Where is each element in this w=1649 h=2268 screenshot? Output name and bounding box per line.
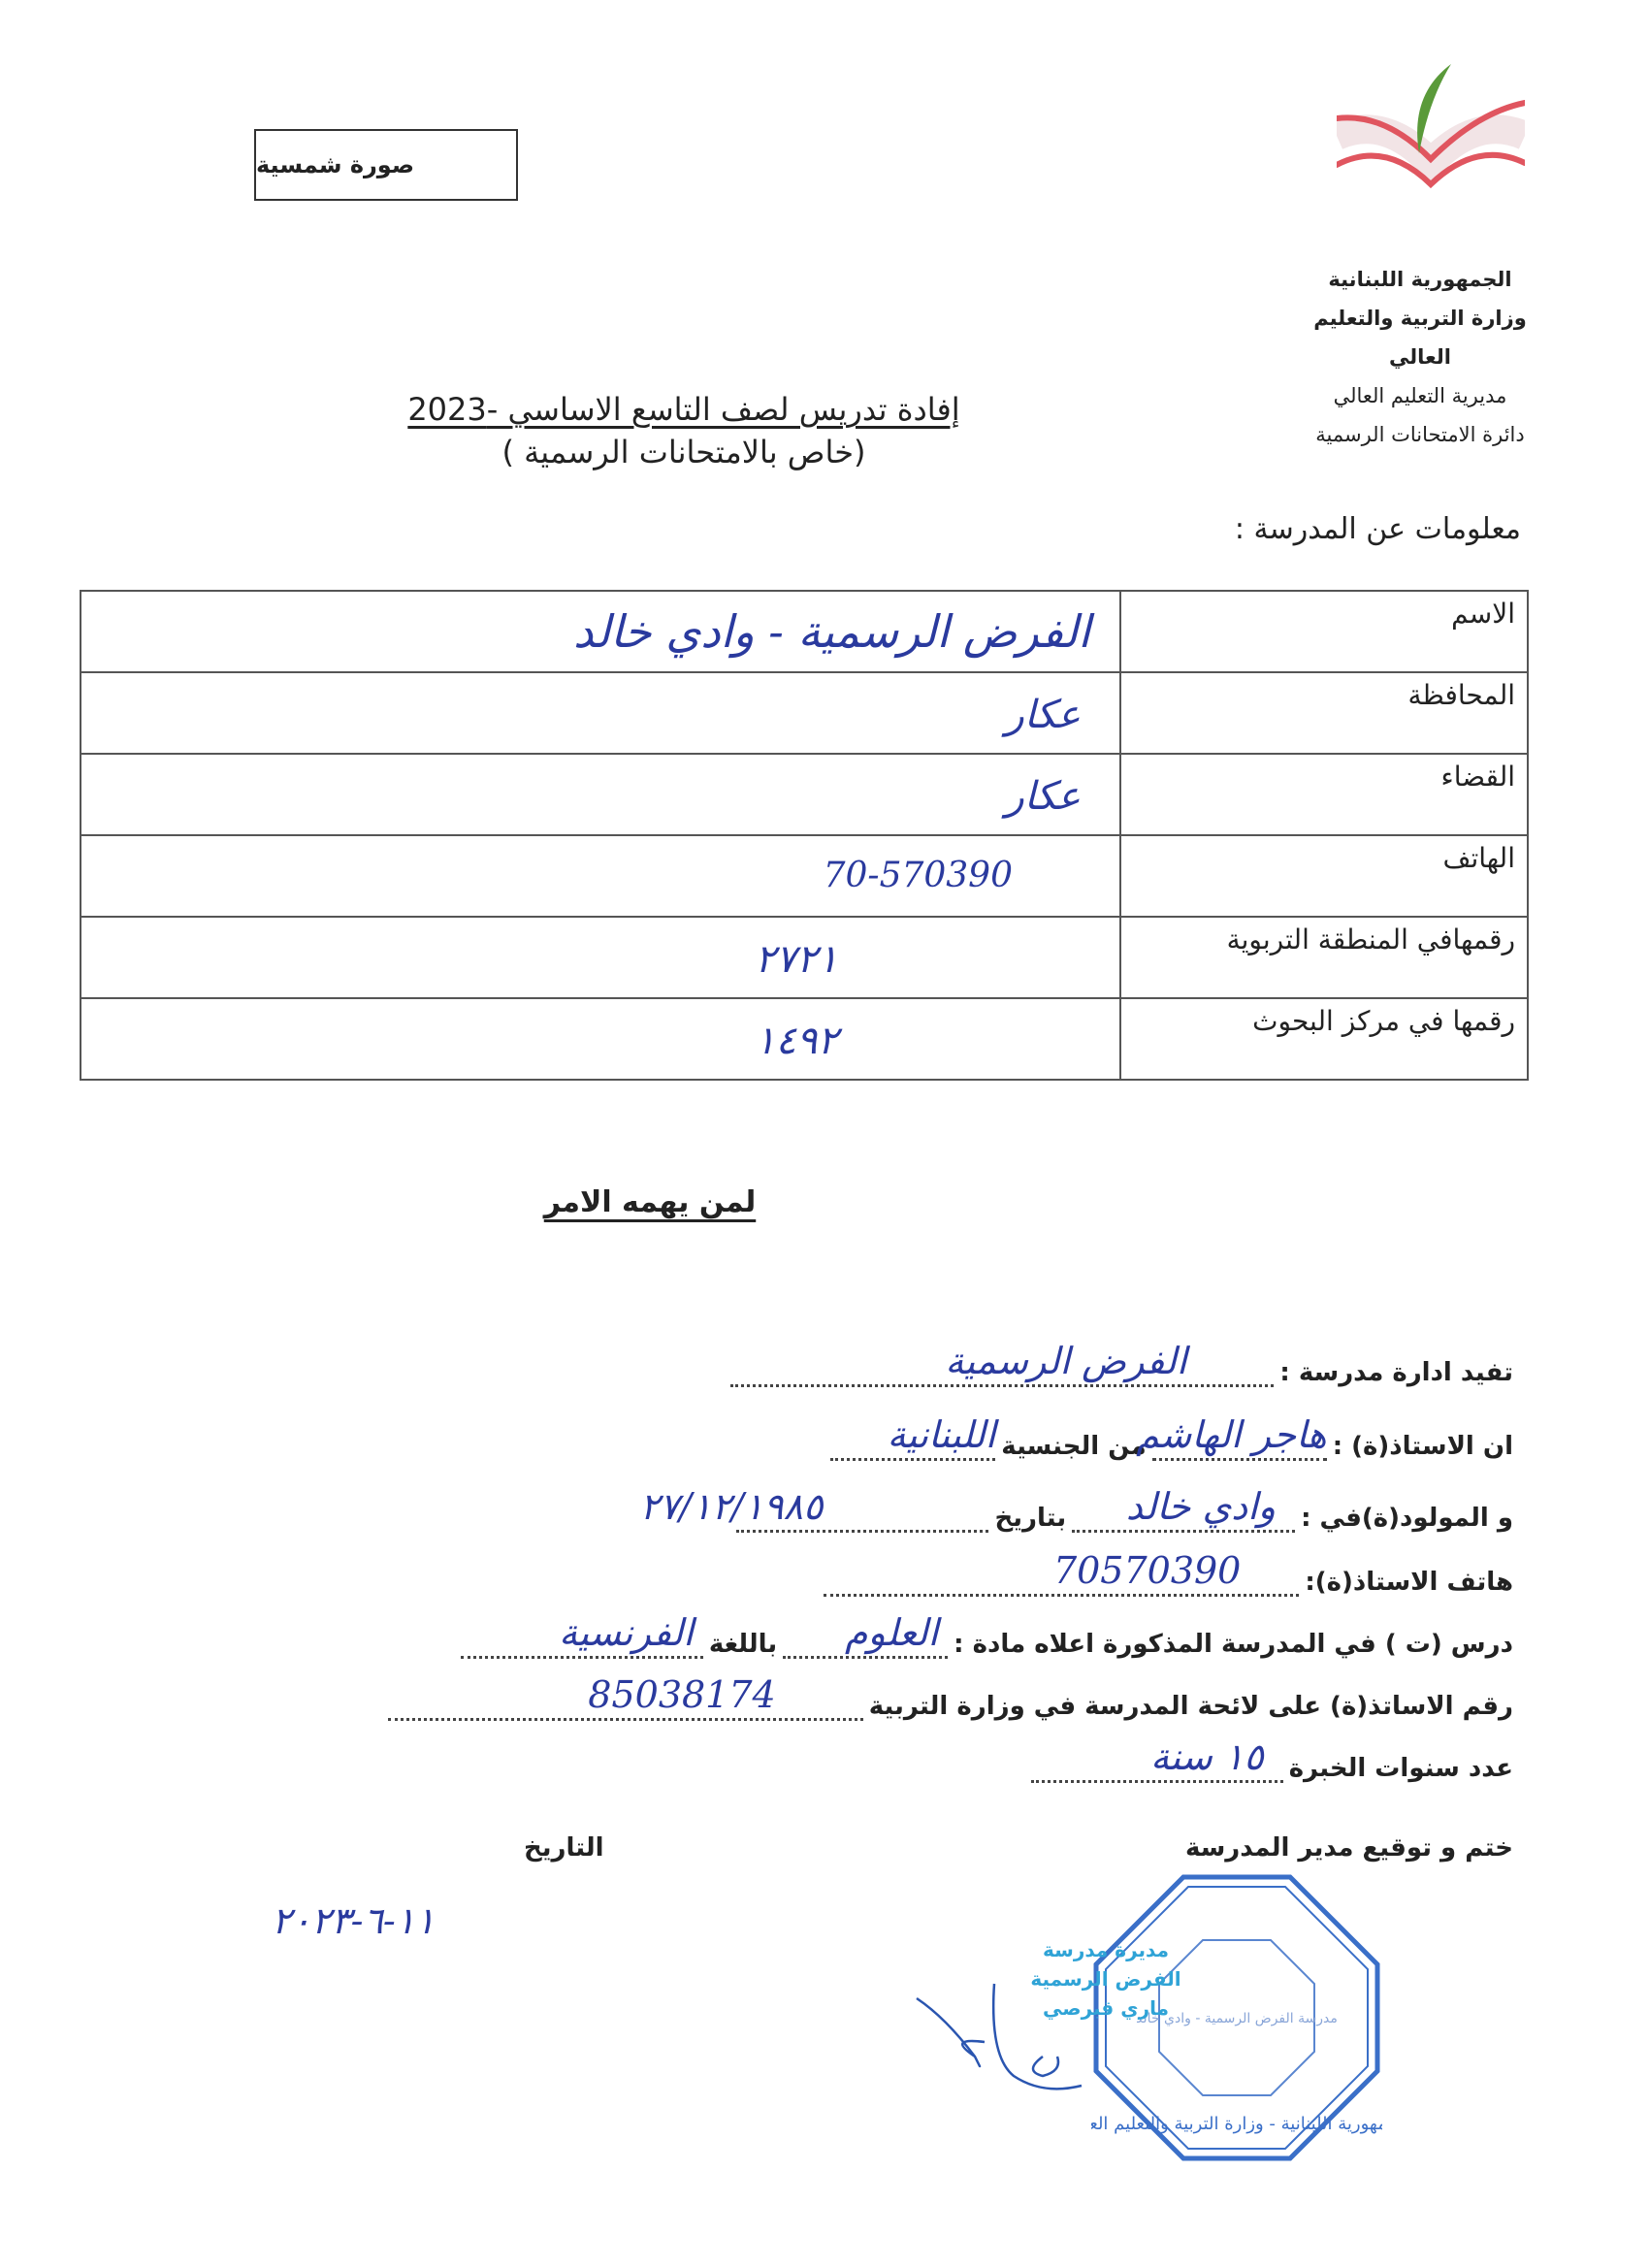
- language-value: الفرنسية: [559, 1611, 694, 1654]
- line-ministry-number: رقم الاساتذ(ة) على لائحة المدرسة في وزار…: [388, 1692, 1513, 1721]
- table-row: الهاتف 70-570390: [81, 835, 1528, 917]
- title-subtitle: (خاص بالامتحانات الرسمية ): [369, 431, 999, 473]
- ministry-header: الجمهورية اللبنانية وزارة التربية والتعل…: [1284, 260, 1556, 454]
- line-teacher-phone: هاتف الاستاذ(ة): 70570390: [824, 1568, 1513, 1597]
- school-info-label: معلومات عن المدرسة :: [1235, 512, 1521, 546]
- language-field: الفرنسية: [461, 1633, 703, 1659]
- row-label: المحافظة: [1120, 672, 1528, 754]
- born-in-value: وادي خالد: [1126, 1485, 1276, 1528]
- nationality-field: اللبنانية: [830, 1435, 995, 1461]
- teacher-phone-field: 70570390: [824, 1571, 1299, 1597]
- signature-label: ختم و توقيع مدير المدرسة: [1185, 1833, 1513, 1863]
- table-row: رقمهافي المنطقة التربوية ٢٧٢١: [81, 917, 1528, 998]
- experience-value: ١٥ سنة: [1150, 1735, 1264, 1778]
- row-label: القضاء: [1120, 754, 1528, 835]
- school-admin-label: تفيد ادارة مدرسة :: [1279, 1358, 1513, 1387]
- table-row: الاسم الفرض الرسمية - وادي خالد: [81, 591, 1528, 672]
- teacher-phone-label: هاتف الاستاذ(ة):: [1305, 1568, 1513, 1597]
- row-label: رقمها في مركز البحوث: [1120, 998, 1528, 1080]
- row-label: الهاتف: [1120, 835, 1528, 917]
- governorate-value: عكار: [1006, 693, 1081, 737]
- row-value-cell: الفرض الرسمية - وادي خالد: [81, 591, 1120, 672]
- language-label: باللغة: [709, 1630, 777, 1659]
- phone-value: 70-570390: [824, 856, 1013, 895]
- table-row: رقمها في مركز البحوث ١٤٩٢: [81, 998, 1528, 1080]
- stamp-ring-text: الجمهورية اللبنانية - وزارة التربية والت…: [1091, 2114, 1382, 2134]
- ministry-line: مديرية التعليم العالي: [1284, 376, 1556, 415]
- line-school-admin: تفيد ادارة مدرسة : الفرض الرسمية: [730, 1358, 1513, 1387]
- ministry-number-value: 85038174: [588, 1673, 775, 1716]
- ministry-line: دائرة الامتحانات الرسمية: [1284, 415, 1556, 454]
- birth-date-label: بتاريخ: [994, 1504, 1066, 1533]
- ministry-line: الجمهورية اللبنانية: [1284, 260, 1556, 299]
- row-label: الاسم: [1120, 591, 1528, 672]
- line-teacher: ان الاستاذ(ة) : هاجر الهاشم من الجنسية ا…: [830, 1432, 1513, 1461]
- born-in-label: و المولود(ة)في :: [1301, 1504, 1513, 1533]
- school-info-table: الاسم الفرض الرسمية - وادي خالد المحافظة…: [80, 590, 1529, 1081]
- subject-field: العلوم: [783, 1633, 948, 1659]
- research-center-number-value: ١٤٩٢: [755, 1019, 838, 1063]
- subject-value: العلوم: [845, 1611, 938, 1654]
- line-experience: عدد سنوات الخبرة ١٥ سنة: [1031, 1754, 1513, 1783]
- teacher-field: هاجر الهاشم: [1152, 1435, 1327, 1461]
- district-value: عكار: [1006, 774, 1081, 819]
- birth-date-field: ٢٧/١٢/١٩٨٥: [736, 1507, 988, 1533]
- photo-placeholder-box: صورة شمسية: [254, 129, 518, 201]
- experience-field: ١٥ سنة: [1031, 1757, 1283, 1783]
- row-value-cell: عكار: [81, 754, 1120, 835]
- ministry-number-field: 85038174: [388, 1695, 863, 1721]
- date-value: ١١-٦-٢٠٢٣: [272, 1899, 436, 1942]
- row-value-cell: ٢٧٢١: [81, 917, 1120, 998]
- educational-zone-number-value: ٢٧٢١: [755, 937, 838, 982]
- date-label: التاريخ: [524, 1833, 604, 1863]
- school-admin-value: الفرض الرسمية: [945, 1340, 1186, 1382]
- birth-date-value: ٢٧/١٢/١٩٨٥: [639, 1485, 823, 1528]
- teacher-label: ان الاستاذ(ة) :: [1333, 1432, 1513, 1461]
- line-subject: درس (ت ) في المدرسة المذكورة اعلاه مادة …: [461, 1630, 1513, 1659]
- row-label: رقمهافي المنطقة التربوية: [1120, 917, 1528, 998]
- ministry-line: وزارة التربية والتعليم العالي: [1284, 299, 1556, 376]
- row-value-cell: ١٤٩٢: [81, 998, 1120, 1080]
- experience-label: عدد سنوات الخبرة: [1289, 1754, 1513, 1783]
- photo-box-label: صورة شمسية: [256, 151, 414, 178]
- teacher-name-value: هاجر الهاشم: [1136, 1413, 1327, 1456]
- school-admin-field: الفرض الرسمية: [730, 1361, 1274, 1387]
- nationality-value: اللبنانية: [888, 1413, 996, 1456]
- title-main: إفادة تدريس لصف التاسع الاساسي -2023: [369, 388, 999, 431]
- nationality-label: من الجنسية: [1001, 1432, 1146, 1461]
- to-whom-heading: لمن يهمه الامر: [524, 1185, 776, 1219]
- teacher-phone-value: 70570390: [1053, 1549, 1241, 1592]
- table-row: القضاء عكار: [81, 754, 1528, 835]
- row-value-cell: 70-570390: [81, 835, 1120, 917]
- school-name-value: الفرض الرسمية - وادي خالد: [573, 605, 1090, 658]
- document-title: إفادة تدريس لصف التاسع الاساسي -2023 (خا…: [369, 388, 999, 473]
- signature-icon: [907, 1979, 1101, 2105]
- born-in-field: وادي خالد: [1072, 1507, 1295, 1533]
- row-value-cell: عكار: [81, 672, 1120, 754]
- subject-label: درس (ت ) في المدرسة المذكورة اعلاه مادة …: [954, 1630, 1513, 1659]
- table-row: المحافظة عكار: [81, 672, 1528, 754]
- ministry-number-label: رقم الاساتذ(ة) على لائحة المدرسة في وزار…: [869, 1692, 1513, 1721]
- line-birth: و المولود(ة)في : وادي خالد بتاريخ ٢٧/١٢/…: [736, 1504, 1513, 1533]
- ministry-logo-icon: [1337, 56, 1525, 192]
